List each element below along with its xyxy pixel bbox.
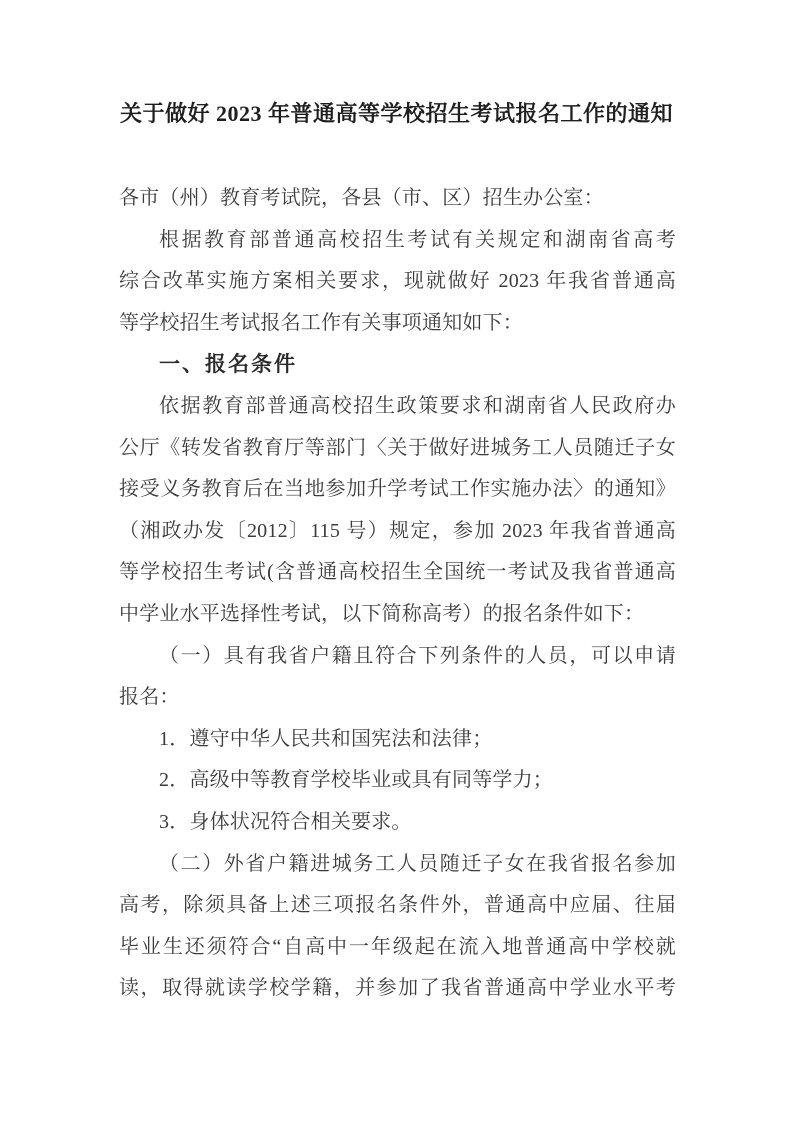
text-line: 各市（州）教育考试院，各县（市、区）招生办公室： [119, 178, 676, 220]
text-line: 综合改革实施方案相关要求，现就做好 2023 年我省普通高 [119, 261, 676, 303]
text-line: （二）外省户籍进城务工人员随迁子女在我省报名参加 [119, 844, 676, 886]
document-body: 各市（州）教育考试院，各县（市、区）招生办公室：根据教育部普通高校招生考试有关规… [119, 178, 676, 1010]
text-line: 根据教育部普通高校招生考试有关规定和湖南省高考 [119, 220, 676, 262]
text-line: 等学校招生考试报名工作有关事项通知如下： [119, 303, 676, 345]
text-line: 2．高级中等教育学校毕业或具有同等学力； [119, 760, 676, 802]
text-line: 报名： [119, 677, 676, 719]
text-line: 等学校招生考试(含普通高校招生全国统一考试及我省普通高 [119, 552, 676, 594]
text-line: 依据教育部普通高校招生政策要求和湖南省人民政府办 [119, 386, 676, 428]
text-line: 公厅《转发省教育厅等部门〈关于做好进城务工人员随迁子女 [119, 428, 676, 470]
text-line: 3．身体状况符合相关要求。 [119, 802, 676, 844]
text-line: 高考，除须具备上述三项报名条件外，普通高中应届、往届 [119, 885, 676, 927]
text-line: （一）具有我省户籍且符合下列条件的人员，可以申请 [119, 636, 676, 678]
text-line: （湘政办发〔2012〕115 号）规定，参加 2023 年我省普通高 [119, 511, 676, 553]
document-page: 关于做好 2023 年普通高等学校招生考试报名工作的通知 各市（州）教育考试院，… [0, 0, 793, 1122]
text-line: 接受义务教育后在当地参加升学考试工作实施办法〉的通知》 [119, 469, 676, 511]
document-title: 关于做好 2023 年普通高等学校招生考试报名工作的通知 [0, 99, 793, 129]
text-line: 读，取得就读学校学籍，并参加了我省普通高中学业水平考 [119, 968, 676, 1010]
text-line: 1．遵守中华人民共和国宪法和法律； [119, 719, 676, 761]
section-heading: 一、报名条件 [119, 344, 676, 386]
text-line: 中学业水平选择性考试，以下简称高考）的报名条件如下： [119, 594, 676, 636]
text-line: 毕业生还须符合“自高中一年级起在流入地普通高中学校就 [119, 927, 676, 969]
